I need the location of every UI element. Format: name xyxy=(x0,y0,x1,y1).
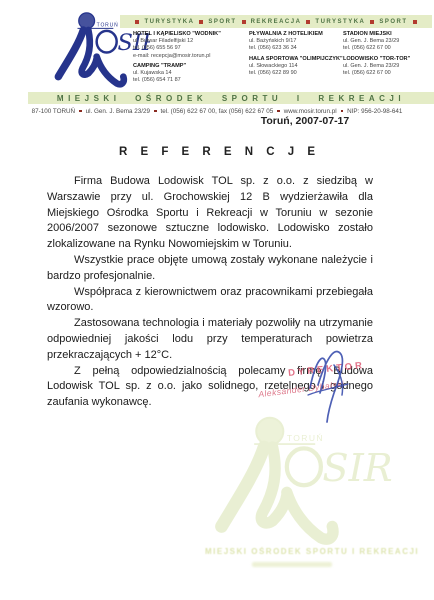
facility: HOTEL I KĄPIELISKO "WODNIK" ul. Bulwar F… xyxy=(133,31,251,60)
facility-email-line: e-mail: recepcja@mosir.torun.pl xyxy=(133,53,251,60)
facility-name: CAMPING "TRAMP" xyxy=(133,63,251,70)
top-banner: TURYSTYKA SPORT REKREACJA TURYSTYKA SPOR… xyxy=(120,15,432,28)
banner-word: TURYSTYKA xyxy=(144,19,194,25)
facility: HALA SPORTOWA "OLIMPIJCZYK" ul. Słowacki… xyxy=(249,56,343,78)
separator-square-icon xyxy=(242,20,246,24)
facility-address-line: ul. Bulwar Filadelfijski 12 xyxy=(133,38,251,45)
separator-square-icon xyxy=(306,20,310,24)
facility-address-line: ul. Słowackiego 114 xyxy=(249,63,343,70)
facility: STADION MIEJSKI ul. Gen. J. Bema 23/29 t… xyxy=(343,31,433,53)
separator-square-icon xyxy=(370,20,374,24)
banner-word: TURYSTYKA xyxy=(315,19,365,25)
address-part: 87-100 TORUŃ xyxy=(32,108,76,115)
facility-phone-line: tel. (056) 654 71 87 xyxy=(133,77,251,84)
address-part: NIP: 956-20-98-641 xyxy=(347,108,402,115)
separator-square-icon xyxy=(135,20,139,24)
separator-square-icon xyxy=(341,110,344,113)
facility-address-line: ul. Gen. J. Bema 23/29 xyxy=(343,63,433,70)
watermark-subtext-bar xyxy=(252,562,332,567)
watermark-text: MIEJSKI OŚRODEK SPORTU I REKREACJI xyxy=(205,547,405,556)
handwritten-signature xyxy=(300,343,370,425)
separator-square-icon xyxy=(277,110,280,113)
facility-name: LODOWISKO "TOR-TOR" xyxy=(343,56,433,63)
facility: PŁYWALNIA Z HOTELIKIEM ul. Bażyńskich 9/… xyxy=(249,31,343,53)
letter-date: Toruń, 2007-07-17 xyxy=(220,115,390,127)
banner-word: SPORT xyxy=(208,19,236,25)
address-part: ul. Gen. J. Bema 23/29 xyxy=(86,108,150,115)
banner-word: REKREACJA xyxy=(251,19,302,25)
facility: LODOWISKO "TOR-TOR" ul. Gen. J. Bema 23/… xyxy=(343,56,433,78)
facility-phone-line: tel. (056) 622 89 90 xyxy=(249,70,343,77)
document-page: MIEJSKI OŚRODEK SPORTU I REKREACJI TURYS… xyxy=(0,0,434,600)
facility-address-line: ul. Bażyńskich 9/17 xyxy=(249,38,343,45)
facilities-column-3: STADION MIEJSKI ul. Gen. J. Bema 23/29 t… xyxy=(343,31,433,80)
body-paragraph-2: Wszystkie prace objęte umową zostały wyk… xyxy=(47,253,373,285)
facility-name: PŁYWALNIA Z HOTELIKIEM xyxy=(249,31,343,38)
facility-phone-line: tel. (056) 622 67 00 xyxy=(343,45,433,52)
facility-phone-line: tel. (056) 623 36 34 xyxy=(249,45,343,52)
banner-word: SPORT xyxy=(379,19,407,25)
facilities-column-2: PŁYWALNIA Z HOTELIKIEM ul. Bażyńskich 9/… xyxy=(249,31,343,80)
facility-name: HALA SPORTOWA "OLIMPIJCZYK" xyxy=(249,56,343,63)
letter-title: R E F E R E N C J E xyxy=(0,146,434,158)
facilities-header: HOTEL I KĄPIELISKO "WODNIK" ul. Bulwar F… xyxy=(0,31,434,91)
separator-square-icon xyxy=(199,20,203,24)
facility-address-line: ul. Gen. J. Bema 23/29 xyxy=(343,38,433,45)
body-paragraph-3: Współpraca z kierownictwem oraz pracowni… xyxy=(47,285,373,317)
facility-phone-line: tel. (056) 622 67 00 xyxy=(343,70,433,77)
body-paragraph-1: Firma Budowa Lodowisk TOL sp. z o.o. z s… xyxy=(47,174,373,253)
separator-square-icon xyxy=(79,110,82,113)
facilities-column-1: HOTEL I KĄPIELISKO "WODNIK" ul. Bulwar F… xyxy=(133,31,251,87)
facility: CAMPING "TRAMP" ul. Kujawska 14 tel. (05… xyxy=(133,63,251,85)
facility-name: STADION MIEJSKI xyxy=(343,31,433,38)
institution-banner: MIEJSKI OŚRODEK SPORTU I REKREACJI xyxy=(28,92,434,104)
facility-name: HOTEL I KĄPIELISKO "WODNIK" xyxy=(133,31,251,38)
address-part: tel. (056) 622 67 00, fax (056) 622 67 0… xyxy=(161,108,274,115)
address-part: www.mosir.torun.pl xyxy=(284,108,337,115)
facility-phone-line: tel. (056) 655 56 97 xyxy=(133,45,251,52)
mosir-watermark-logo xyxy=(185,410,400,552)
facility-address-line: ul. Kujawska 14 xyxy=(133,70,251,77)
separator-square-icon xyxy=(413,20,417,24)
separator-square-icon xyxy=(154,110,157,113)
